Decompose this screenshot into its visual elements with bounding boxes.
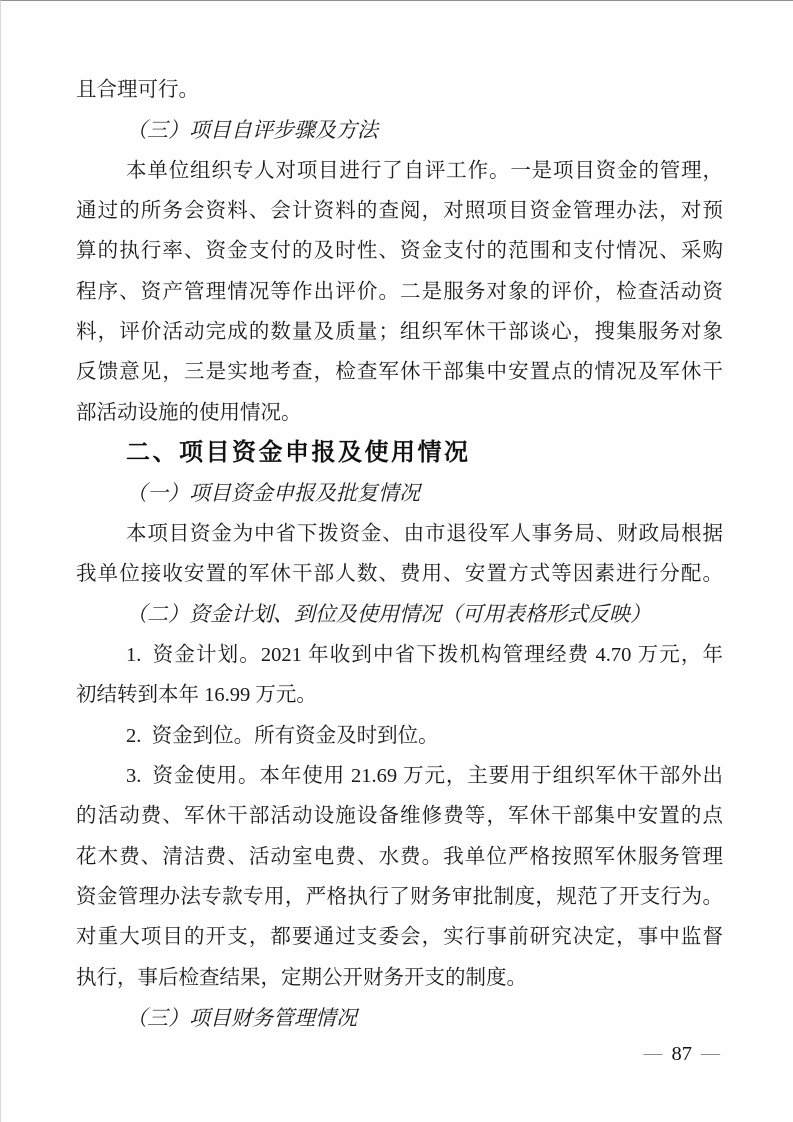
text-content: 且合理可行。（三）项目自评步骤及方法本单位组织专人对项目进行了自评工作。一是项目… — [76, 70, 723, 1038]
subsection-heading: （三）项目财务管理情况 — [76, 998, 723, 1038]
body-text-line: 对重大项目的开支，都要通过支委会，实行事前研究决定，事中监督 — [76, 917, 723, 957]
page-number-dash-right: — — [701, 1043, 720, 1065]
body-text-line: 的活动费、军休干部活动设施设备维修费等，军休干部集中安置的点 — [76, 796, 723, 836]
body-text-line: 且合理可行。 — [76, 70, 723, 110]
body-text-line: 程序、资产管理情况等作出评价。二是服务对象的评价，检查活动资 — [76, 272, 723, 312]
body-text-line: 本项目资金为中省下拨资金、由市退役军人事务局、财政局根据 — [76, 514, 723, 554]
section-heading: 二、项目资金申报及使用情况 — [76, 433, 723, 473]
body-text-line: 料，评价活动完成的数量及质量；组织军休干部谈心，搜集服务对象 — [76, 312, 723, 352]
page-number: — 87 — — [644, 1042, 721, 1066]
body-text-line: 3. 资金使用。本年使用 21.69 万元，主要用于组织军休干部外出 — [76, 756, 723, 796]
body-text-line: 1. 资金计划。2021 年收到中省下拨机构管理经费 4.70 万元，年 — [76, 635, 723, 675]
body-text-line: 本单位组织专人对项目进行了自评工作。一是项目资金的管理， — [76, 151, 723, 191]
subsection-heading: （一）项目资金申报及批复情况 — [76, 473, 723, 513]
body-text-line: 算的执行率、资金支付的及时性、资金支付的范围和支付情况、采购 — [76, 231, 723, 271]
body-text-line: 执行，事后检查结果，定期公开财务开支的制度。 — [76, 958, 723, 998]
body-text-line: 初结转到本年 16.99 万元。 — [76, 675, 723, 715]
body-text-line: 通过的所务会资料、会计资料的查阅，对照项目资金管理办法，对预 — [76, 191, 723, 231]
body-text-line: 花木费、清洁费、活动室电费、水费。我单位严格按照军休服务管理 — [76, 837, 723, 877]
subsection-heading: （三）项目自评步骤及方法 — [76, 110, 723, 150]
body-text-line: 我单位接收安置的军休干部人数、费用、安置方式等因素进行分配。 — [76, 554, 723, 594]
page-number-dash-left: — — [644, 1043, 663, 1065]
body-text-line: 资金管理办法专款专用，严格执行了财务审批制度，规范了开支行为。 — [76, 877, 723, 917]
body-text-line: 2. 资金到位。所有资金及时到位。 — [76, 716, 723, 756]
document-page: 且合理可行。（三）项目自评步骤及方法本单位组织专人对项目进行了自评工作。一是项目… — [0, 0, 793, 1122]
body-text-line: 反馈意见，三是实地考查，检查军休干部集中安置点的情况及军休干 — [76, 352, 723, 392]
page-number-value: 87 — [672, 1043, 693, 1066]
body-text-line: 部活动设施的使用情况。 — [76, 393, 723, 433]
subsection-heading: （二）资金计划、到位及使用情况（可用表格形式反映） — [76, 594, 723, 634]
